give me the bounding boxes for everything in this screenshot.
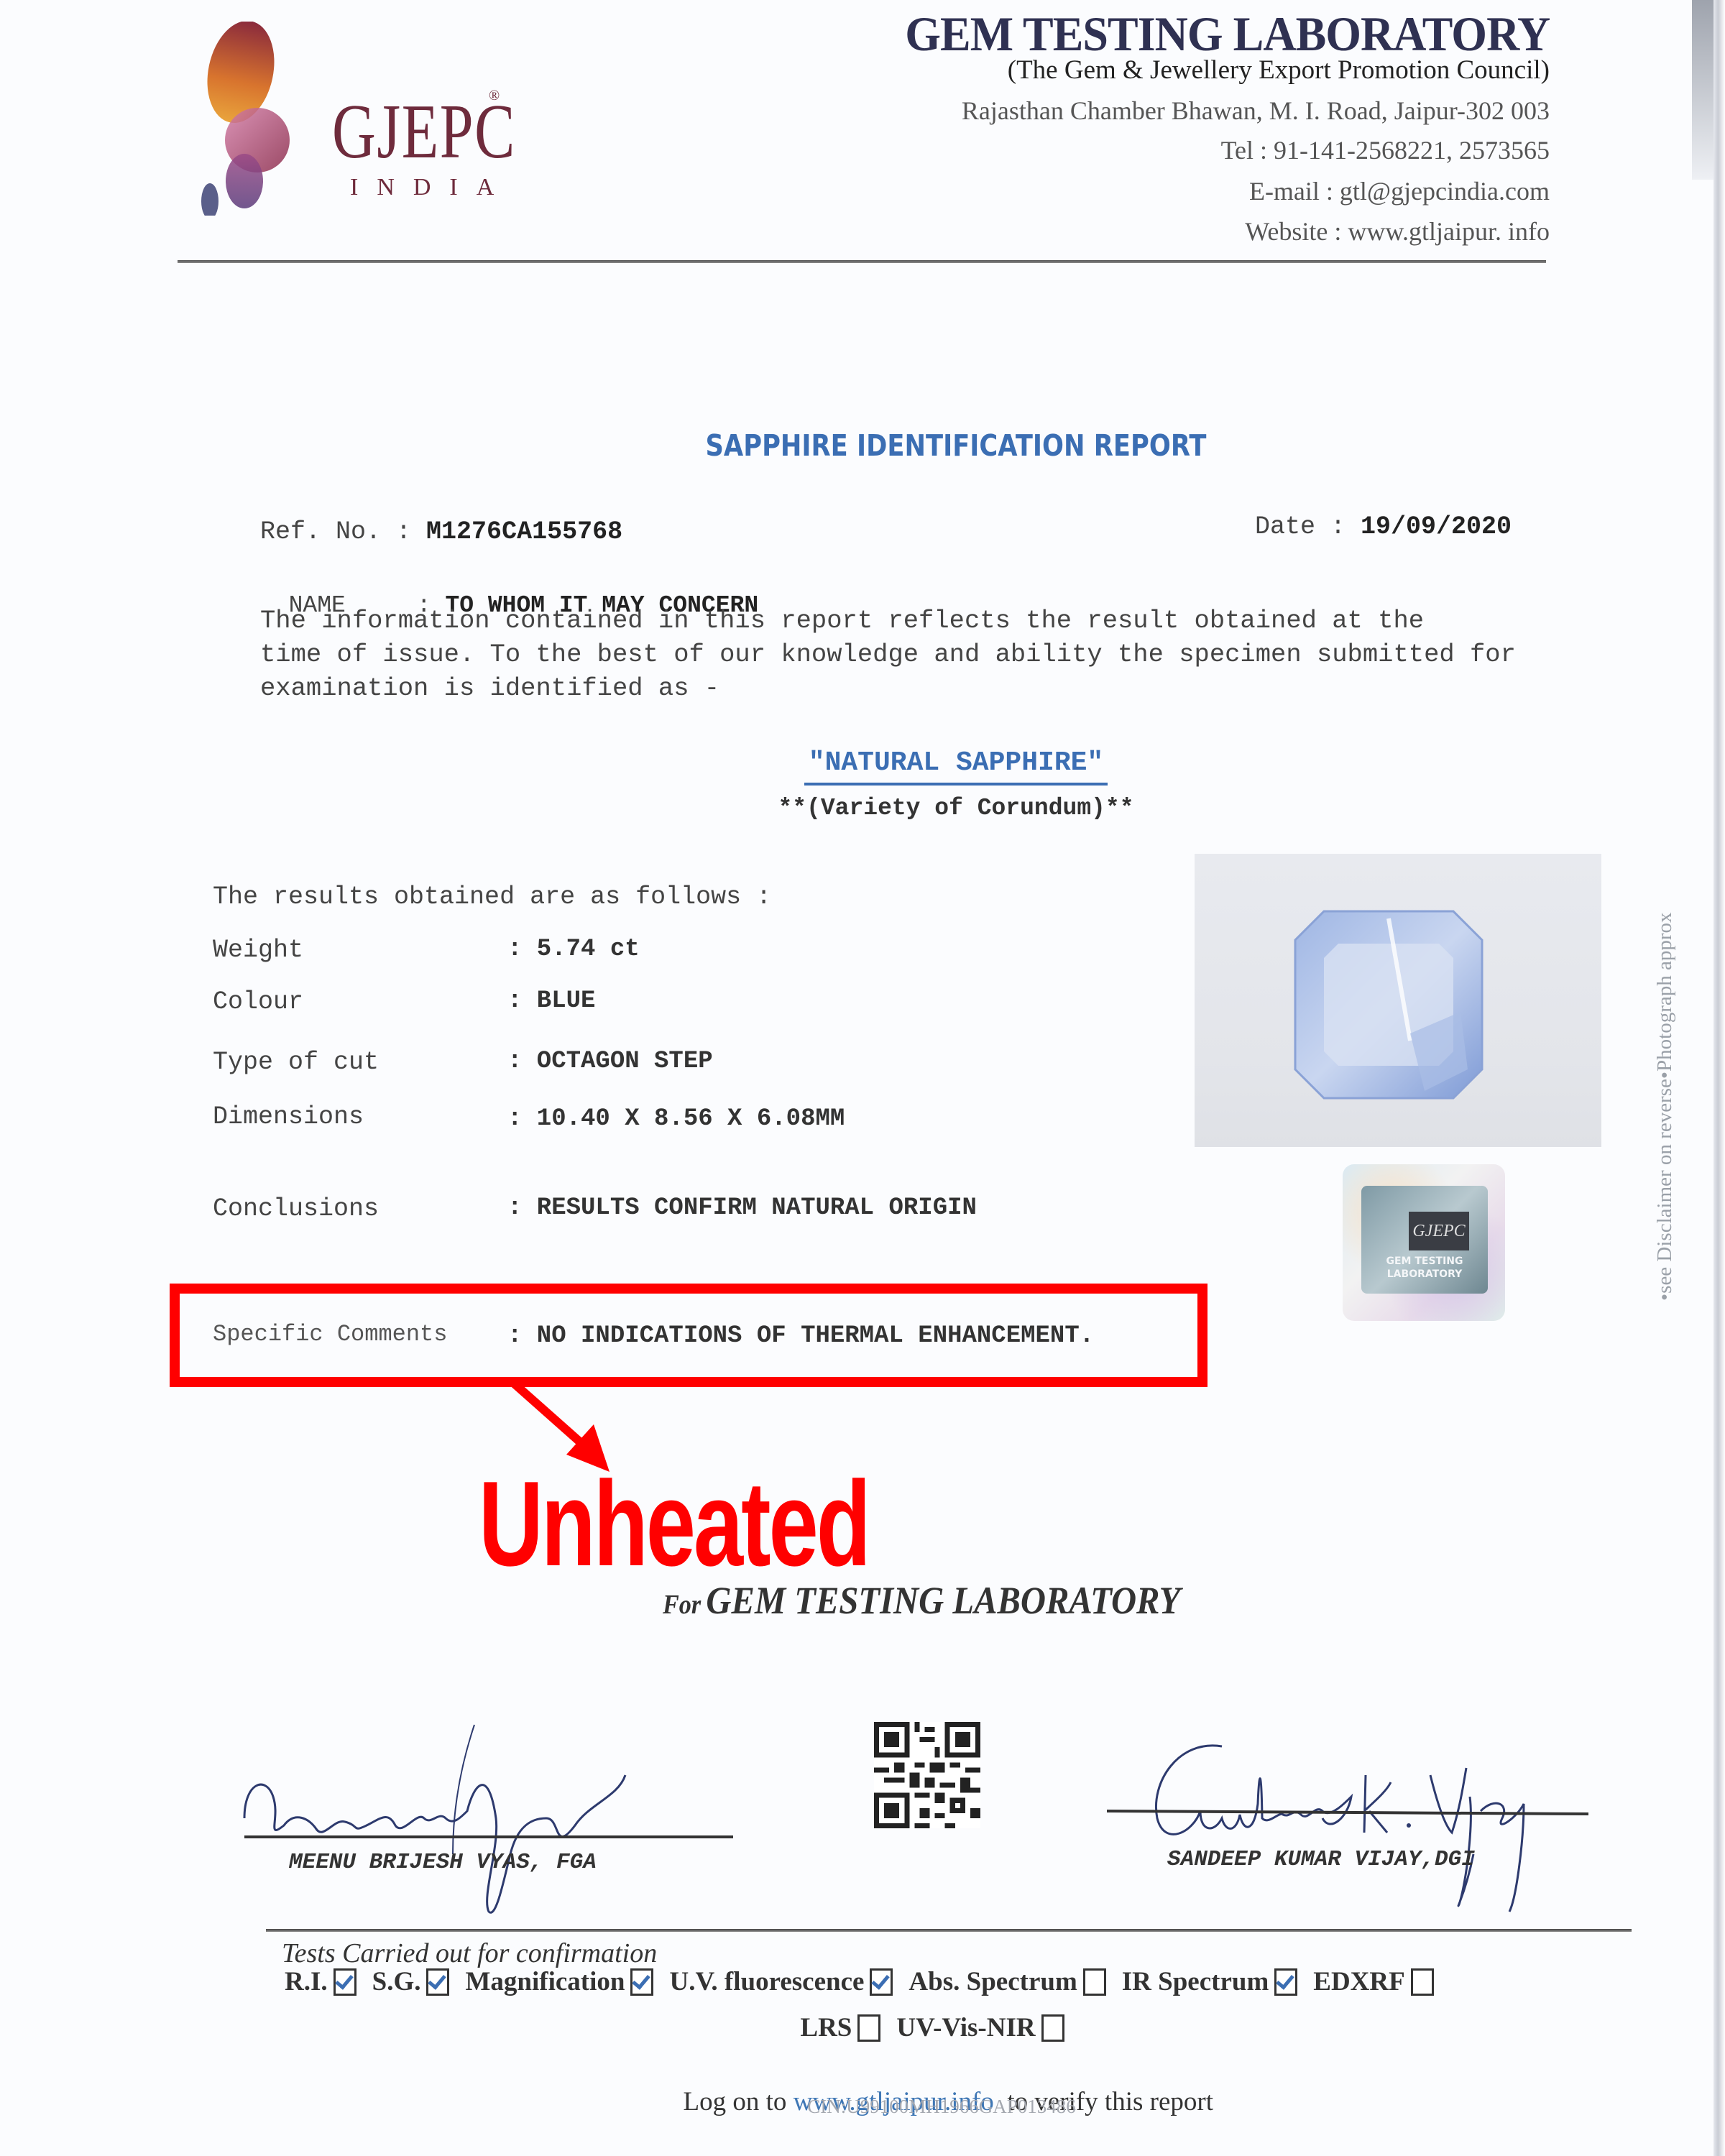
lab-telephone: Tel : 91-141-2568221, 2573565 <box>1221 135 1550 165</box>
for-lab-signoff: ForGEM TESTING LABORATORY <box>663 1578 1180 1623</box>
field-label-weight: Weight <box>213 936 303 964</box>
for-lab-name: GEM TESTING LABORATORY <box>706 1579 1180 1622</box>
signature-1-icon <box>216 1710 762 1926</box>
signer-1-name: MEENU BRIJESH VYAS, FGA <box>289 1850 597 1875</box>
lab-email[interactable]: E-mail : gtl@gjepcindia.com <box>1249 176 1550 206</box>
signature-2-icon <box>1092 1725 1610 1926</box>
field-value-cut: : OCTAGON STEP <box>507 1048 713 1075</box>
unheated-annotation: Unheated <box>479 1463 869 1584</box>
specific-comments-label: Specific Comments <box>213 1321 447 1347</box>
logo-subtext: INDIA <box>350 174 512 201</box>
header-divider <box>178 260 1546 263</box>
lab-council: (The Gem & Jewellery Export Promotion Co… <box>1008 55 1550 86</box>
test-uv-fluorescence-checkbox[interactable] <box>870 1968 893 1996</box>
test-uv-vis-nir: UV-Vis-NIR <box>896 2012 1064 2043</box>
test-uv-vis-nir-label: UV-Vis-NIR <box>896 2012 1035 2043</box>
registered-mark: ® <box>489 88 500 104</box>
test-magnification: Magnification <box>465 1966 653 1997</box>
test-sg: S.G. <box>372 1966 450 1997</box>
security-hologram: GJEPC GEM TESTING LABORATORY <box>1343 1164 1505 1321</box>
ref-number: Ref. No. : M1276CA155768 <box>260 517 622 546</box>
report-date: Date : 19/09/2020 <box>1255 512 1512 541</box>
test-lrs: LRS <box>800 2012 880 2043</box>
gemstone-photo <box>1195 854 1601 1147</box>
ref-value: M1276CA155768 <box>426 517 622 546</box>
field-label-conclusions: Conclusions <box>213 1194 379 1223</box>
identification-text: "NATURAL SAPPHIRE" <box>804 747 1108 786</box>
field-value-weight: : 5.74 ct <box>507 936 640 963</box>
footer-divider <box>266 1929 1632 1932</box>
test-abs-spectrum: Abs. Spectrum <box>908 1966 1105 1997</box>
test-lrs-label: LRS <box>800 2012 852 2043</box>
test-ir-spectrum-checkbox[interactable] <box>1274 1968 1297 1996</box>
for-prefix: For <box>663 1590 701 1620</box>
specific-comments-value: : NO INDICATIONS OF THERMAL ENHANCEMENT. <box>507 1322 1094 1350</box>
hologram-logo: GJEPC <box>1409 1212 1469 1250</box>
field-label-dimensions: Dimensions <box>213 1102 364 1131</box>
test-magnification-checkbox[interactable] <box>630 1968 653 1996</box>
logo-wordmark: GJEPC <box>332 93 516 171</box>
qr-code-icon[interactable] <box>874 1720 980 1830</box>
hologram-text: GEM TESTING LABORATORY <box>1361 1255 1488 1281</box>
test-abs-spectrum-label: Abs. Spectrum <box>908 1966 1077 1997</box>
field-value-conclusions: : RESULTS CONFIRM NATURAL ORIGIN <box>507 1194 977 1222</box>
test-sg-checkbox[interactable] <box>426 1968 449 1996</box>
cin-number: CIN:U99100MH1966GAP013486 <box>0 2096 1725 2118</box>
test-ir-spectrum: IR Spectrum <box>1122 1966 1298 1997</box>
test-edxrf-label: EDXRF <box>1313 1966 1404 1997</box>
test-ir-spectrum-label: IR Spectrum <box>1122 1966 1269 1997</box>
date-value: 19/09/2020 <box>1361 512 1512 541</box>
identification-result: "NATURAL SAPPHIRE" <box>0 747 1725 778</box>
tests-heading: Tests Carried out for confirmation <box>282 1938 657 1969</box>
photo-disclaimer-note: •see Disclaimer on reverse•Photograph ap… <box>1653 912 1677 1301</box>
intro-paragraph: The information contained in this report… <box>260 604 1669 705</box>
report-title: SAPPHIRE IDENTIFICATION REPORT <box>134 428 1725 463</box>
test-ri: R.I. <box>285 1966 356 1997</box>
test-uv-fluorescence-label: U.V. fluorescence <box>669 1966 864 1997</box>
test-magnification-label: Magnification <box>465 1966 625 1997</box>
field-label-colour: Colour <box>213 987 303 1016</box>
field-label-cut: Type of cut <box>213 1048 379 1077</box>
test-abs-spectrum-checkbox[interactable] <box>1083 1968 1106 1996</box>
field-value-dimensions: : 10.40 X 8.56 X 6.08MM <box>507 1105 845 1133</box>
page-edge-shadow <box>1713 0 1725 2156</box>
ref-label: Ref. No. : <box>260 517 426 546</box>
signer-2-name: SANDEEP KUMAR VIJAY,DGI <box>1167 1847 1475 1872</box>
variety-note: **(Variety of Corundum)** <box>0 795 1725 821</box>
test-sg-label: S.G. <box>372 1966 421 1997</box>
tests-row-1: R.I. S.G. Magnification U.V. fluorescenc… <box>285 1966 1450 1997</box>
test-edxrf: EDXRF <box>1313 1966 1433 1997</box>
gjepc-logo-icon <box>172 22 316 216</box>
sapphire-image-icon <box>1195 854 1601 1147</box>
field-value-colour: : BLUE <box>507 987 595 1015</box>
date-label: Date : <box>1255 512 1361 541</box>
test-lrs-checkbox[interactable] <box>857 2014 880 2042</box>
lab-website[interactable]: Website : www.gtljaipur. info <box>1245 216 1550 247</box>
test-edxrf-checkbox[interactable] <box>1411 1968 1434 1996</box>
test-ri-checkbox[interactable] <box>333 1968 356 1996</box>
test-ri-label: R.I. <box>285 1966 328 1997</box>
page-edge-shadow-top <box>1692 0 1713 180</box>
test-uv-fluorescence: U.V. fluorescence <box>669 1966 893 1997</box>
hologram-inner: GJEPC GEM TESTING LABORATORY <box>1361 1186 1488 1294</box>
test-uv-vis-nir-checkbox[interactable] <box>1041 2014 1064 2042</box>
results-heading: The results obtained are as follows : <box>213 883 771 911</box>
lab-address: Rajasthan Chamber Bhawan, M. I. Road, Ja… <box>962 96 1550 126</box>
tests-row-2: LRS UV-Vis-NIR <box>0 2012 1725 2043</box>
